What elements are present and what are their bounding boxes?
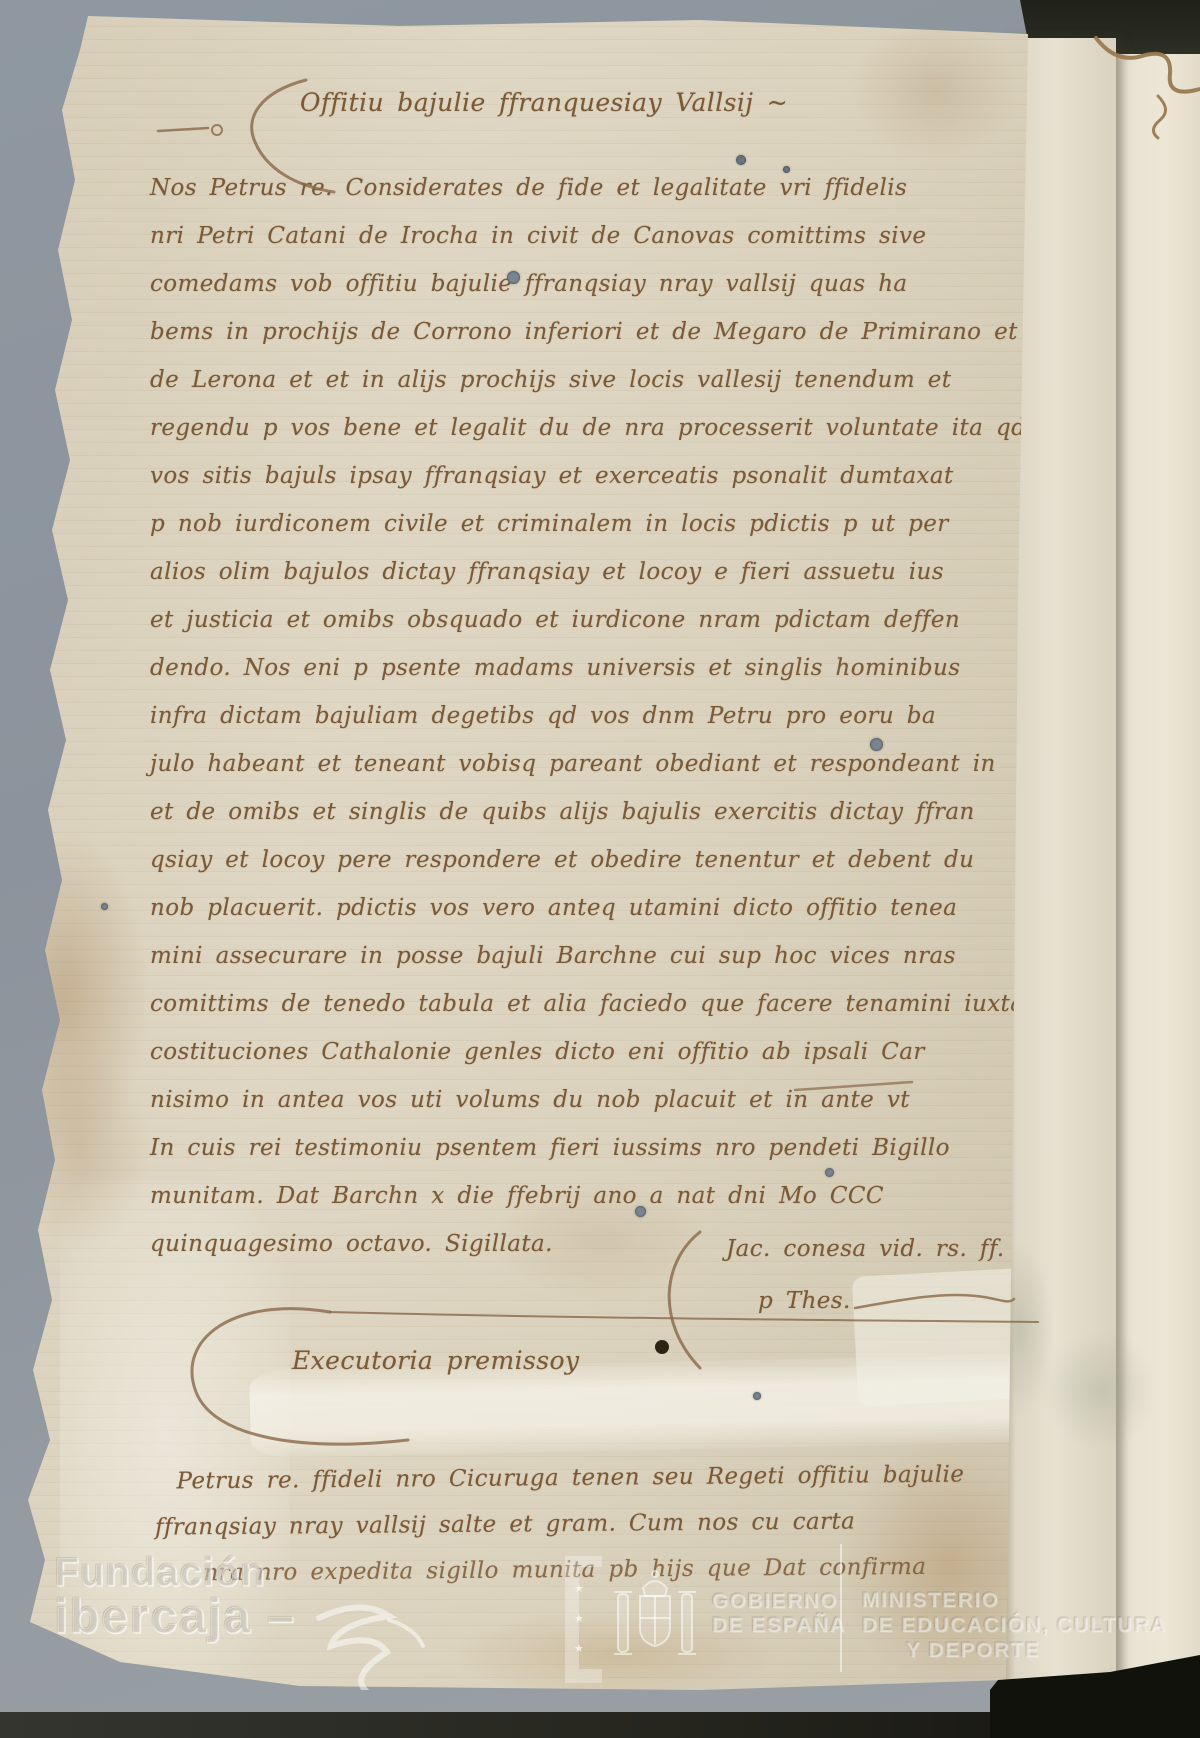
parchment-hole	[825, 1168, 834, 1177]
photo-of-manuscript: Offitiu bajulie ffranquesiay Vallsij ~ N…	[0, 0, 1200, 1738]
parchment-hole	[635, 1206, 646, 1217]
margin-dash	[158, 128, 208, 131]
parchment-hole	[870, 738, 883, 751]
signature-underline	[855, 1295, 1014, 1308]
binding-thread-icon	[1153, 96, 1165, 138]
signature-paren-flourish	[669, 1232, 700, 1368]
parchment-hole	[753, 1392, 761, 1400]
spain-coat-of-arms-icon	[610, 1566, 700, 1666]
binding-thread-icon	[1096, 38, 1200, 104]
parchment-hole	[783, 166, 790, 173]
ibercaja-logo-icon	[305, 1590, 445, 1690]
parchment-hole	[507, 271, 520, 284]
svg-text:★: ★	[574, 1582, 584, 1595]
header-flourish	[252, 80, 334, 192]
executoria-flourish	[192, 1309, 408, 1444]
margin-ring	[212, 125, 222, 135]
flourish-overlay	[0, 0, 1200, 1738]
parchment-hole	[736, 155, 746, 165]
ink-blot	[655, 1340, 669, 1354]
strikethrough-mark	[795, 1082, 912, 1090]
parchment-hole	[101, 903, 108, 910]
svg-text:★: ★	[574, 1612, 584, 1625]
watermark-divider	[840, 1544, 842, 1672]
svg-text:★: ★	[574, 1642, 584, 1655]
executoria-rule	[330, 1312, 1038, 1322]
